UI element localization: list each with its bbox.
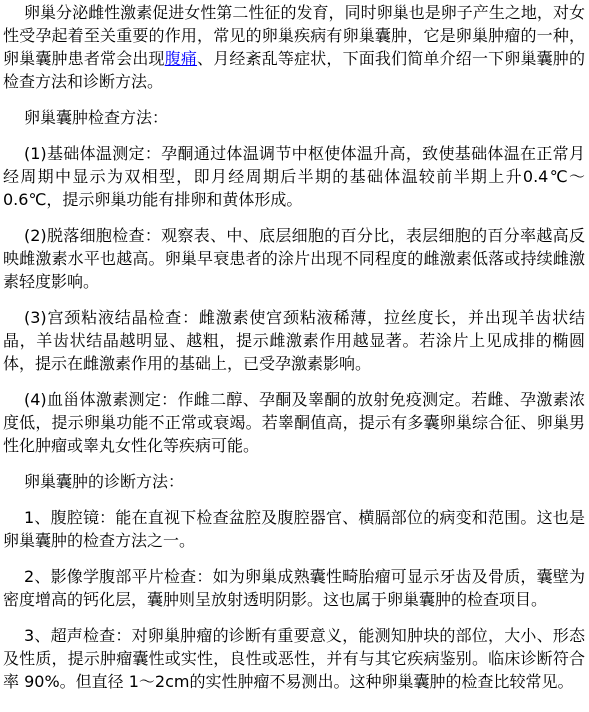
examination-item-exfoliated-cells: (2)脱落细胞检查：观察表、中、底层细胞的百分比，表层细胞的百分率越高反映雌激素… [3, 224, 585, 293]
examination-section-heading: 卵巢囊肿检查方法： [3, 106, 585, 129]
examination-item-basal-temperature: (1)基础体温测定：孕酮通过体温调节中枢使体温升高，致使基础体温在正常月经周期中… [3, 142, 585, 211]
intro-paragraph: 卵巢分泌雌性激素促进女性第二性征的发育，同时卵巢也是卵子产生之地，对女性受孕起着… [3, 1, 585, 93]
diagnosis-item-laparoscopy: 1、腹腔镜：能在直视下检查盆腔及腹腔器官、横膈部位的病变和范围。这也是卵巢囊肿的… [3, 506, 585, 552]
diagnosis-item-ultrasound: 3、超声检查：对卵巢肿瘤的诊断有重要意义，能测知肿块的部位，大小、形态及性质，提… [3, 624, 585, 693]
abdominal-pain-link[interactable]: 腹痛 [165, 49, 197, 68]
examination-item-cervical-mucus: (3)宫颈粘液结晶检查：雌激素使宫颈粘液稀薄，拉丝度长，并出现羊齿状结晶，羊齿状… [3, 306, 585, 375]
article-page: 卵巢分泌雌性激素促进女性第二性征的发育，同时卵巢也是卵子产生之地，对女性受孕起着… [0, 0, 589, 712]
diagnosis-item-abdominal-xray: 2、影像学腹部平片检查：如为卵巢成熟囊性畸胎瘤可显示牙齿及骨质，囊壁为密度增高的… [3, 565, 585, 611]
diagnosis-section-heading: 卵巢囊肿的诊断方法： [3, 470, 585, 493]
examination-item-steroid-hormone: (4)血甾体激素测定：作雌二醇、孕酮及睾酮的放射免疫测定。若雌、孕激素浓度低，提… [3, 388, 585, 457]
